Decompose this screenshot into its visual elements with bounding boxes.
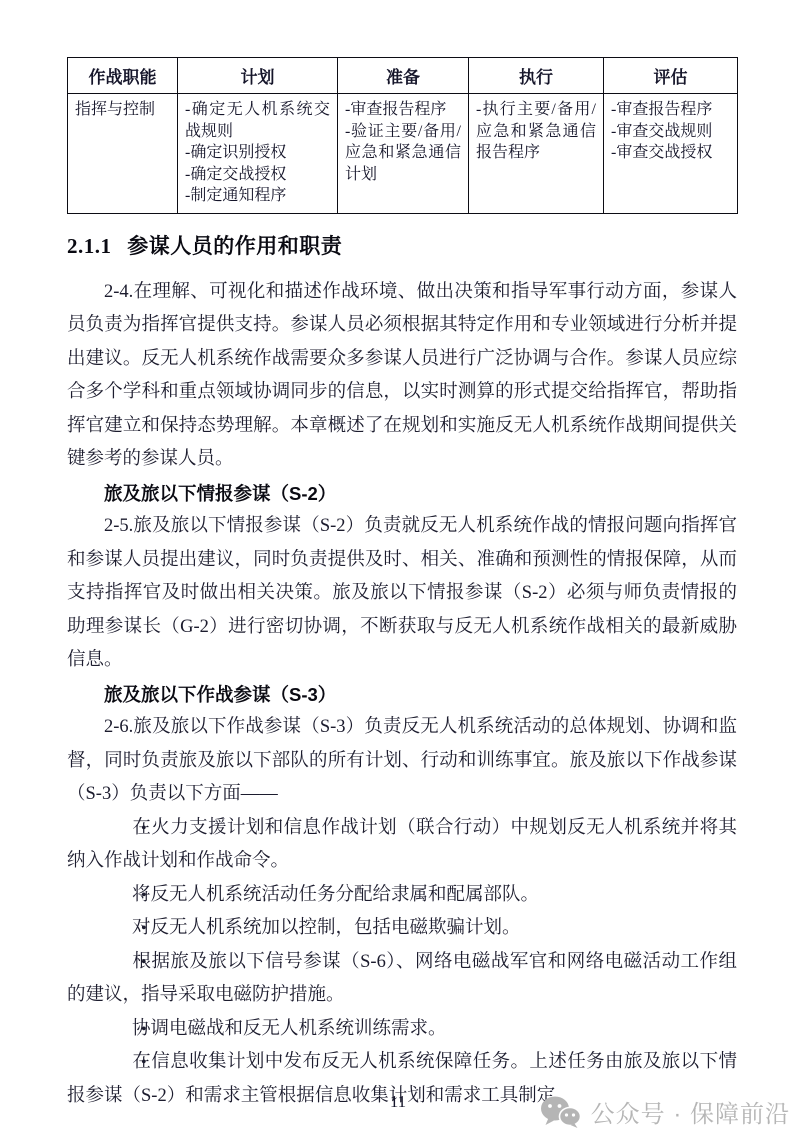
bullet-text: 在火力支援计划和信息作战计划（联合行动）中规划反无人机系统并将其纳入作战计划和作… (67, 818, 737, 872)
section-heading: 2.1.1参谋人员的作用和职责 (67, 231, 737, 262)
bullet-item: •在火力支援计划和信息作战计划（联合行动）中规划反无人机系统并将其纳入作战计划和… (67, 812, 737, 879)
cell-text: -验证主要/备用/应急和紧急通信计划 (345, 121, 461, 186)
subheading-s2: 旅及旅以下情报参谋（S-2） (67, 477, 737, 511)
cell-text: -审查交战规则 (611, 121, 730, 143)
cell-assess: -审查报告程序 -审查交战规则 -审查交战授权 (604, 94, 738, 214)
bullet-text: 协调电磁战和反无人机系统训练需求。 (132, 1019, 447, 1039)
column-header-prepare: 准备 (338, 58, 469, 94)
bullet-icon: • (104, 812, 132, 846)
column-header-assess: 评估 (604, 58, 738, 94)
bullet-icon: • (104, 1046, 132, 1080)
cell-text: 指挥与控制 (75, 99, 170, 121)
table-header-row: 作战职能 计划 准备 执行 评估 (68, 58, 738, 94)
bullet-text: 根据旅及旅以下信号参谋（S-6）、网络电磁战军官和网络电磁活动工作组的建议，指导… (67, 952, 737, 1006)
section-number: 2.1.1 (67, 234, 112, 258)
table-row: 指挥与控制 -确定无人机系统交战规则 -确定识别授权 -确定交战授权 -制定通知… (68, 94, 738, 214)
cell-text: -确定交战授权 (185, 164, 330, 186)
cell-text: -执行主要/备用/应急和紧急通信报告程序 (476, 99, 596, 164)
cell-text: -审查报告程序 (611, 99, 730, 121)
cell-text: -审查报告程序 (345, 99, 461, 121)
section-title: 参谋人员的作用和职责 (127, 235, 342, 258)
cell-text: -确定无人机系统交战规则 (185, 99, 330, 142)
watermark: 公众号 · 保障前沿 (540, 1094, 790, 1129)
bullet-icon: • (104, 946, 132, 980)
cell-function: 指挥与控制 (68, 94, 178, 214)
cell-execute: -执行主要/备用/应急和紧急通信报告程序 (469, 94, 604, 214)
watermark-text: 公众号 · 保障前沿 (591, 1094, 790, 1129)
column-header-function: 作战职能 (68, 58, 178, 94)
paragraph-2-4: 2-4.在理解、可视化和描述作战环境、做出决策和指导军事行动方面，参谋人员负责为… (67, 276, 737, 477)
bullet-icon: • (104, 912, 132, 946)
page-footer: 11 公众号 · 保障前沿 (0, 1086, 796, 1146)
cell-prepare: -审查报告程序 -验证主要/备用/应急和紧急通信计划 (338, 94, 469, 214)
paragraph-2-6: 2-6.旅及旅以下作战参谋（S-3）负责反无人机系统活动的总体规划、协调和监督，… (67, 711, 737, 812)
bullet-icon: • (104, 879, 132, 913)
bullet-text: 对反无人机系统加以控制，包括电磁欺骗计划。 (132, 918, 521, 938)
document-page: 作战职能 计划 准备 执行 评估 指挥与控制 -确定无人机系统交战规则 -确定识… (0, 0, 796, 1146)
subheading-s3: 旅及旅以下作战参谋（S-3） (67, 678, 737, 712)
wechat-icon (540, 1095, 582, 1129)
bullet-item: •协调电磁战和反无人机系统训练需求。 (67, 1013, 737, 1047)
bullet-icon: • (104, 1013, 132, 1047)
cell-text: -确定识别授权 (185, 142, 330, 164)
bullet-item: •根据旅及旅以下信号参谋（S-6）、网络电磁战军官和网络电磁活动工作组的建议，指… (67, 946, 737, 1013)
bullet-item: •将反无人机系统活动任务分配给隶属和配属部队。 (67, 879, 737, 913)
operations-functions-table: 作战职能 计划 准备 执行 评估 指挥与控制 -确定无人机系统交战规则 -确定识… (67, 57, 738, 214)
cell-text: -制定通知程序 (185, 185, 330, 207)
paragraph-2-5: 2-5.旅及旅以下情报参谋（S-2）负责就反无人机系统作战的情报问题向指挥官和参… (67, 510, 737, 678)
cell-plan: -确定无人机系统交战规则 -确定识别授权 -确定交战授权 -制定通知程序 (178, 94, 338, 214)
bullet-item: •对反无人机系统加以控制，包括电磁欺骗计划。 (67, 912, 737, 946)
column-header-execute: 执行 (469, 58, 604, 94)
column-header-plan: 计划 (178, 58, 338, 94)
cell-text: -审查交战授权 (611, 142, 730, 164)
bullet-text: 将反无人机系统活动任务分配给隶属和配属部队。 (132, 885, 539, 905)
